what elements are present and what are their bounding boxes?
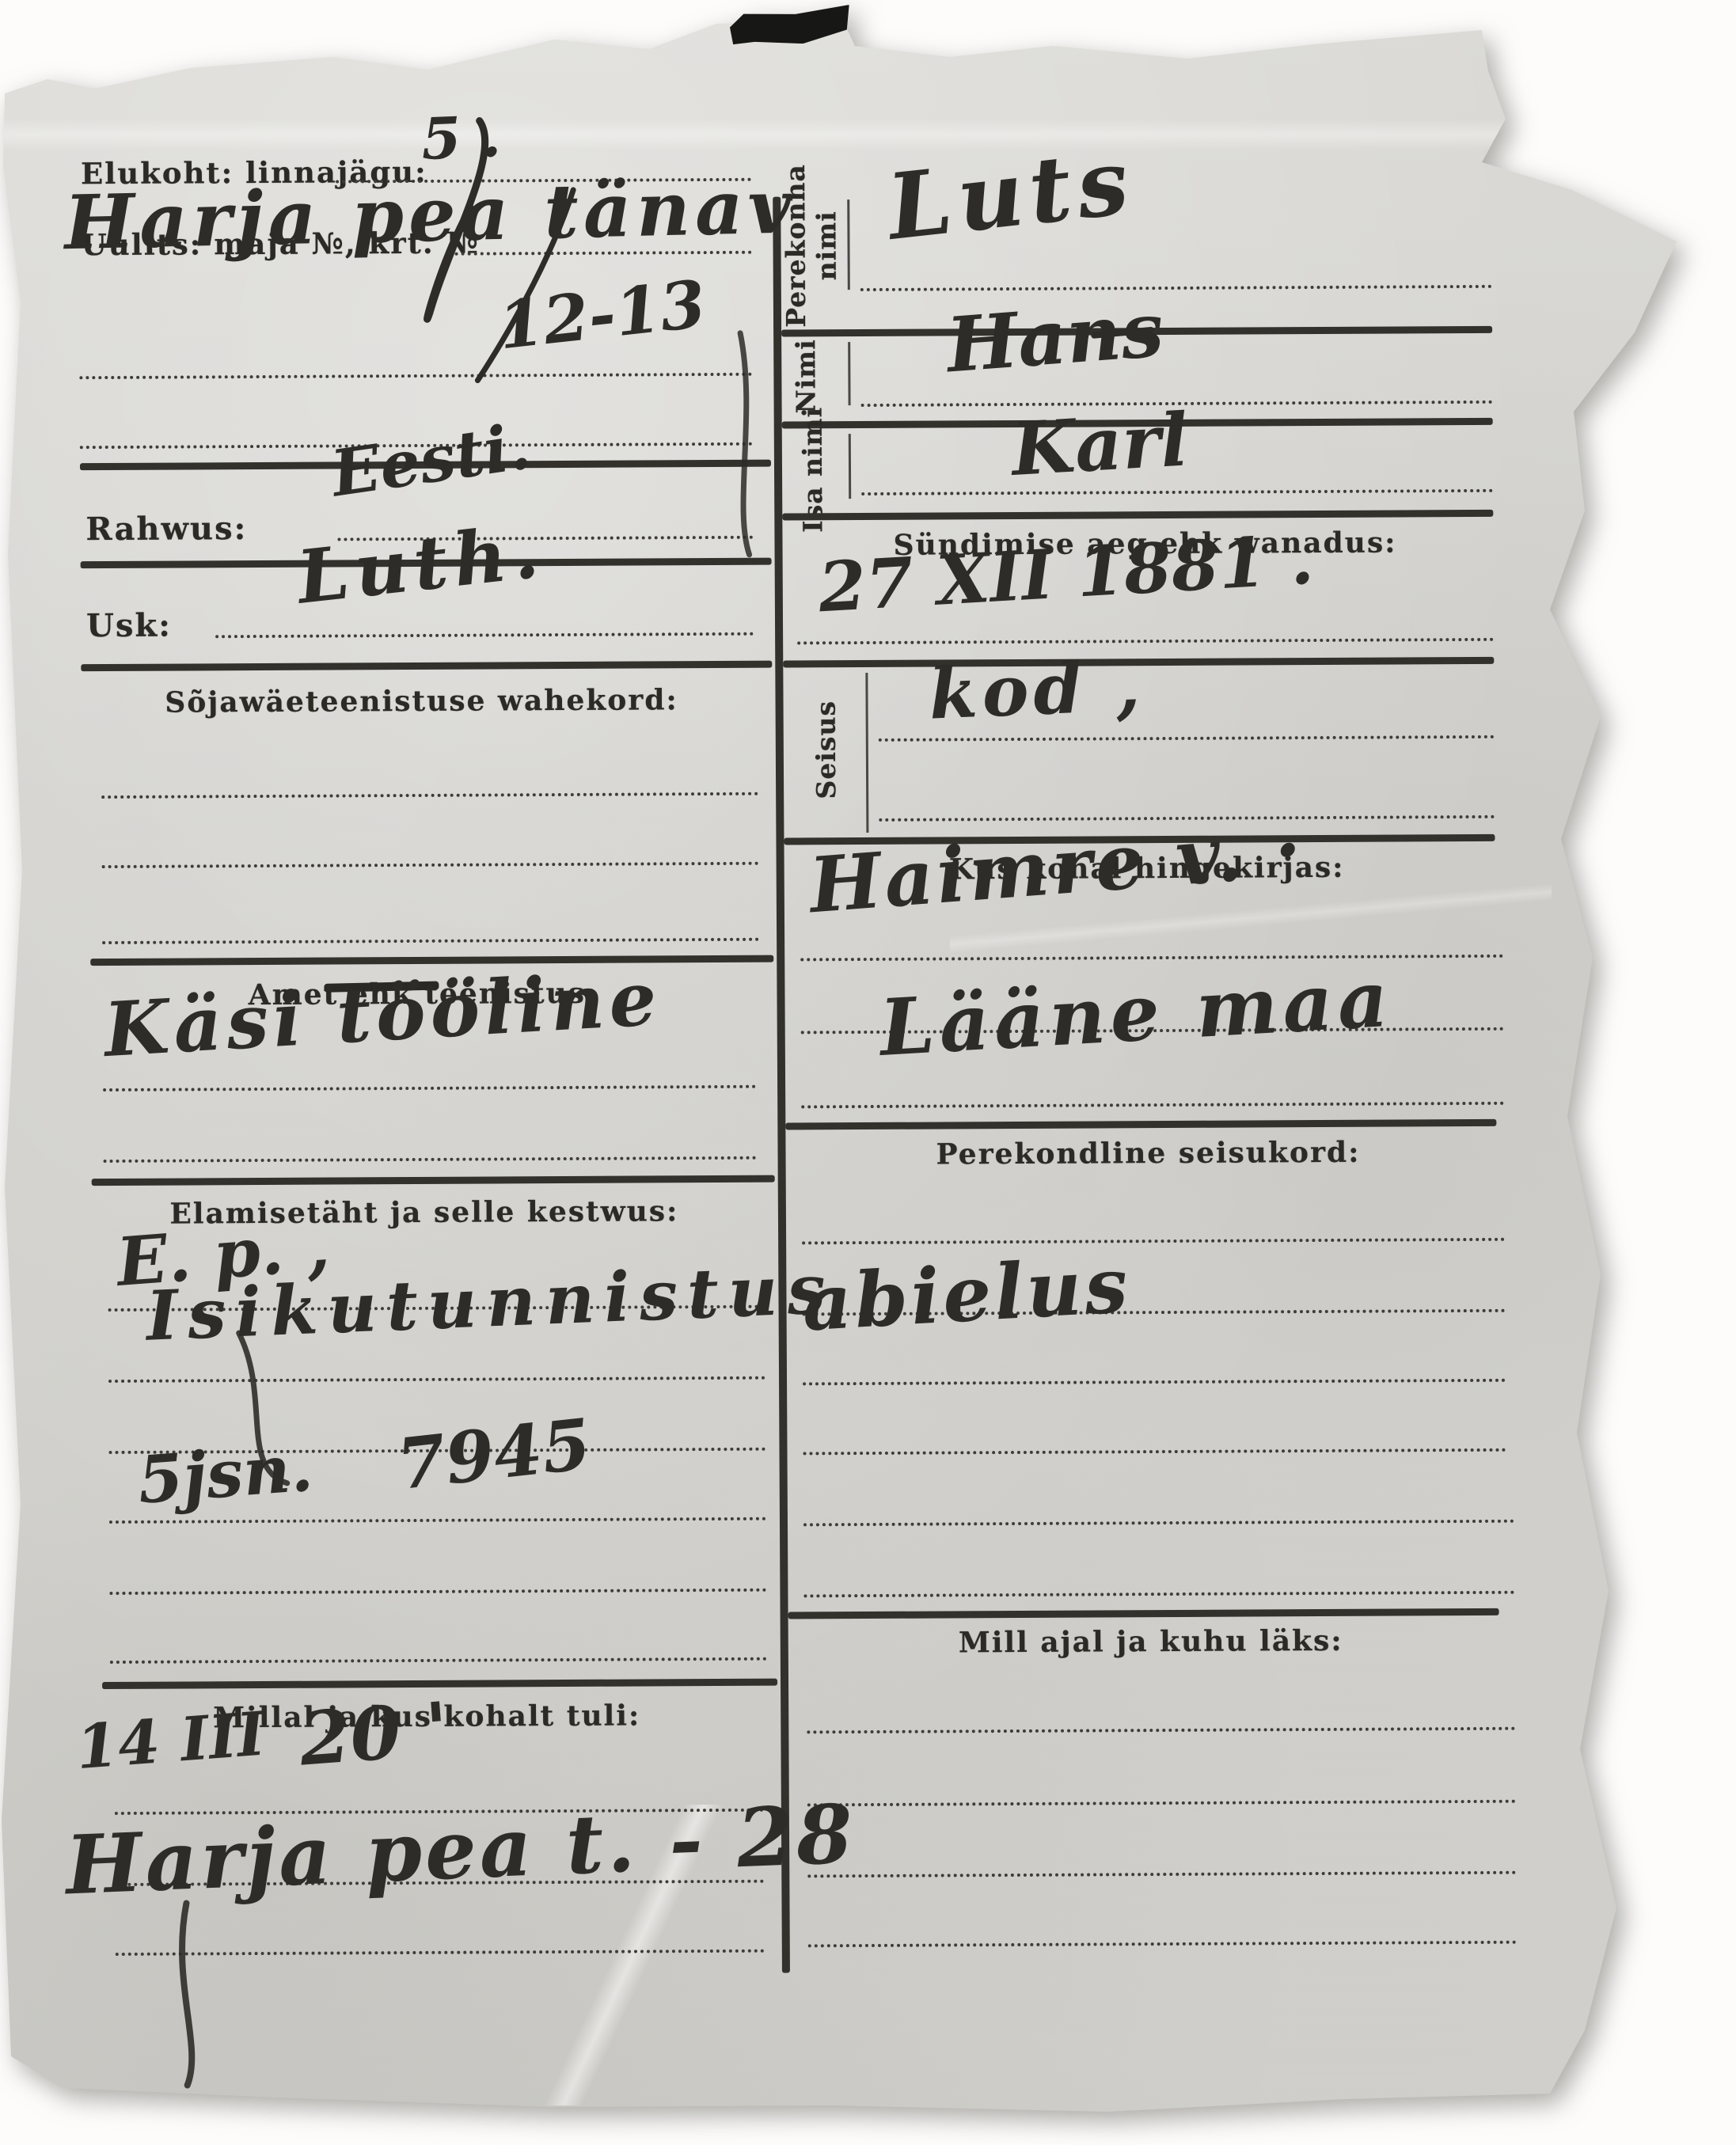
section-divider-bar: [785, 1119, 1496, 1130]
handwritten-permit-value-3: 5jsn.: [135, 1430, 316, 1519]
label-separator-line: [849, 434, 851, 499]
departure-label: Mill ajal ja kuhu läks:: [874, 1623, 1428, 1660]
dotted-line: [879, 735, 1495, 742]
dotted-line: [808, 1941, 1517, 1948]
dotted-line: [800, 955, 1503, 962]
dotted-line: [803, 1379, 1506, 1386]
dotted-line: [116, 1949, 765, 1956]
section-divider-bar: [81, 661, 772, 672]
dotted-line: [807, 1727, 1515, 1734]
dotted-line: [802, 1238, 1505, 1245]
dotted-line: [861, 489, 1493, 495]
nationality-label: Rahwus:: [85, 510, 247, 548]
handwritten-house-number-value: 12-13: [495, 266, 709, 364]
section-divider-bar: [92, 1175, 775, 1186]
dotted-line: [803, 1520, 1514, 1527]
dotted-line: [110, 1657, 767, 1664]
handwritten-status-value: kod ,: [928, 644, 1146, 735]
dotted-line: [215, 632, 754, 639]
dotted-line: [103, 1085, 756, 1091]
handwritten-parish-value-2: Lääne maa: [877, 954, 1395, 1074]
register-form: Elukoht: linnajägu: Uulits: maja №, krt.…: [0, 0, 1736, 2145]
handwritten-family-name-value: Luts: [883, 127, 1140, 260]
dotted-line: [102, 938, 759, 944]
dotted-line: [109, 1589, 766, 1595]
handwritten-father-name-value: Karl: [1009, 397, 1191, 492]
dotted-line: [101, 792, 758, 799]
handwritten-first-name-value: Hans: [944, 286, 1166, 389]
section-divider-bar: [788, 1608, 1499, 1619]
scanned-registration-card: Elukoht: linnajägu: Uulits: maja №, krt.…: [0, 0, 1736, 2145]
dotted-line: [102, 862, 759, 868]
military-service-label: Sõjawäeteenistuse wahekord:: [81, 683, 762, 720]
dotted-line: [797, 638, 1494, 645]
dotted-line: [803, 1448, 1506, 1456]
dotted-line: [108, 1376, 765, 1383]
label-separator-line: [848, 342, 850, 405]
handwritten-arrival-year-value: 20 ': [297, 1686, 452, 1782]
handwritten-district-value: 5 .: [420, 102, 503, 173]
status-label: Seisus: [807, 686, 843, 813]
dotted-line: [109, 1517, 766, 1524]
handwritten-marital-value: abielus: [800, 1240, 1133, 1349]
label-separator-line: [865, 673, 868, 833]
dotted-line: [79, 373, 752, 379]
label-separator-line: [847, 199, 850, 290]
dotted-line: [807, 1871, 1516, 1878]
dotted-line: [801, 1102, 1504, 1109]
handwritten-street-value: Harja pea tänav: [63, 163, 797, 267]
handwritten-parish-value-1: Haimre v. ·: [807, 804, 1308, 931]
marital-status-label: Perekondline seisukord:: [871, 1135, 1425, 1171]
paper-sheet: Elukoht: linnajägu: Uulits: maja №, krt.…: [0, 0, 1736, 2145]
section-divider-bar: [90, 955, 773, 966]
religion-label: Usk:: [86, 607, 172, 645]
dotted-line: [807, 1800, 1516, 1807]
dotted-line: [104, 1156, 757, 1163]
section-divider-bar: [782, 510, 1493, 521]
handwritten-permit-value-4: 7945: [393, 1403, 594, 1505]
dotted-line: [860, 285, 1492, 291]
handwritten-arrival-date-value: 14 III: [74, 1699, 268, 1783]
handwritten-arrival-place-value: Harja pea t. - 28: [64, 1786, 857, 1913]
dotted-line: [803, 1591, 1514, 1598]
handwritten-occupation-value: Käsi tööline: [102, 955, 664, 1074]
handwritten-nationality-value: Eesti.: [327, 408, 535, 511]
handwritten-religion-value: Luth.: [293, 508, 549, 621]
